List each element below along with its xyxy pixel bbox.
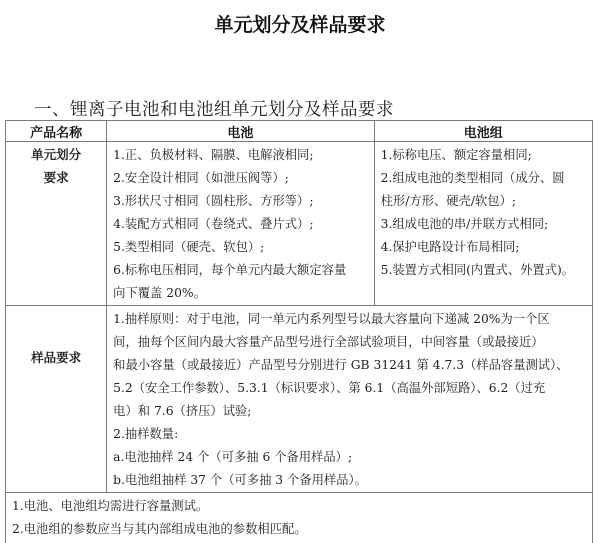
list-item: 向下覆盖 20%。: [113, 282, 373, 305]
list-item: 5.2（安全工作参数）、5.3.1（标识要求）、第 6.1（高温外部短路）、6.…: [113, 377, 592, 400]
table-row-unit-division: 单元划分 要求 1.正、负极材料、隔膜、电解液相同; 2.安全设计相同（如泄压阀…: [6, 142, 593, 306]
list-item: 5.类型相同（硬壳、软包）;: [113, 236, 373, 259]
list-item: b.电池组抽样 37 个（可多抽 3 个备用样品）。: [113, 469, 592, 492]
list-item: 4.保护电路设计布局相同;: [381, 236, 592, 259]
table-row-sample-requirements: 样品要求 1.抽样原则：对于电池，同一单元内系列型号以最大容量向下递减 20%为…: [6, 306, 593, 493]
list-item: a.电池抽样 24 个（可多抽 6 个备用样品）;: [113, 446, 592, 469]
list-item: 1.抽样原则：对于电池，同一单元内系列型号以最大容量向下递减 20%为一个区: [113, 308, 592, 331]
header-cell: 电池: [107, 121, 374, 142]
list-item: 3.形状尺寸相同（圆柱形、方形等）;: [113, 190, 373, 213]
cell-unit-division-requirements: 1.正、负极材料、隔膜、电解液相同; 2.安全设计相同（如泄压阀等）; 3.形状…: [107, 142, 374, 306]
row-label-sample-requirements: 样品要求: [6, 306, 107, 493]
list-item: 电）和 7.6（挤压）试验;: [113, 400, 592, 423]
section-heading: 一、锂离子电池和电池组单元划分及样品要求: [34, 96, 394, 121]
header-product-name: 产品名称: [6, 121, 107, 142]
list-item: 4.装配方式相同（卷绕式、叠片式）;: [113, 213, 373, 236]
row-label-line: 单元划分: [7, 143, 105, 166]
list-item: 1.正、负极材料、隔膜、电解液相同;: [113, 144, 373, 167]
sample-requirements-content: 1.抽样原则：对于电池，同一单元内系列型号以最大容量向下递减 20%为一个区 间…: [107, 306, 593, 493]
row-label-line: 要求: [7, 166, 105, 189]
list-item: 1.标称电压、额定容量相同;: [381, 144, 592, 167]
list-item: 和最小容量（或最接近）产品型号分别进行 GB 31241 第 4.7.3（样品容…: [113, 354, 592, 377]
list-item: 柱形/方形、硬壳/软包）;: [381, 190, 592, 213]
list-item: 间，抽每个区间内最大容量产品型号进行全部试验项目，中间容量（或最接近）: [113, 331, 592, 354]
list-item: 6.标称电压相同，每个单元内最大额定容量: [113, 259, 373, 282]
list-item: 2.组成电池的类型相同（成分、圆: [381, 167, 592, 190]
list-item: 3.组成电池的串/并联方式相同;: [381, 213, 592, 236]
note-item: 2.电池组的参数应当与其内部组成电池的参数相匹配。: [12, 518, 592, 541]
notes-content: 1.电池、电池组均需进行容量测试。 2.电池组的参数应当与其内部组成电池的参数相…: [6, 493, 593, 543]
unit-division-table: 产品名称 电池 电池组 单元划分 要求 1.正、负极材料、隔膜、电解液相同; 2…: [5, 120, 593, 543]
table-row-notes: 1.电池、电池组均需进行容量测试。 2.电池组的参数应当与其内部组成电池的参数相…: [6, 493, 593, 543]
list-item: 5.装置方式相同(内置式、外置式)。: [381, 259, 592, 282]
header-pack: 电池组: [374, 121, 592, 142]
table-header-row: 产品名称 电池 电池组: [6, 121, 593, 142]
list-item: 2.抽样数量:: [113, 423, 592, 446]
list-item: 2.安全设计相同（如泄压阀等）;: [113, 167, 373, 190]
note-item: 1.电池、电池组均需进行容量测试。: [12, 495, 592, 518]
document-title: 单元划分及样品要求: [0, 10, 600, 37]
pack-unit-division-requirements: 1.标称电压、额定容量相同; 2.组成电池的类型相同（成分、圆 柱形/方形、硬壳…: [374, 142, 592, 306]
row-label-unit-division: 单元划分 要求: [6, 142, 107, 306]
